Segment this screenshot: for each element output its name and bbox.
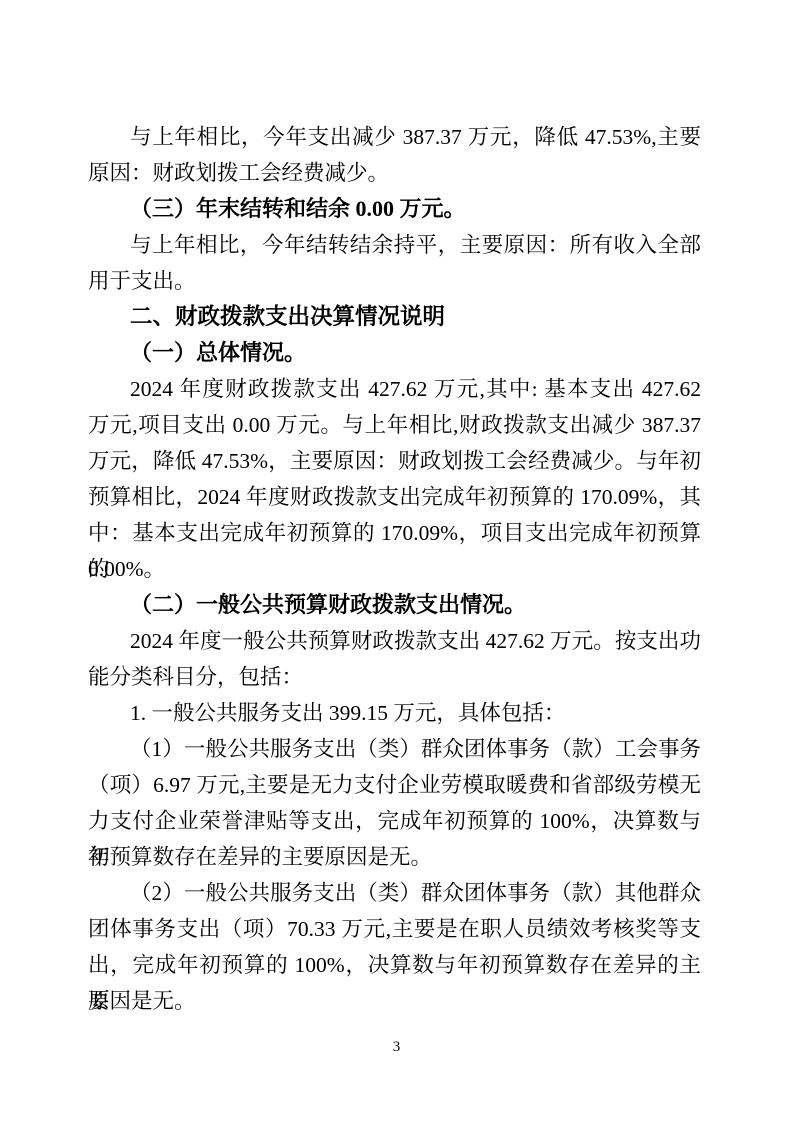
text-line: 中：基本支出完成年初预算的 170.09%，项目支出完成年初预算的: [88, 515, 701, 551]
section-heading: （三）年末结转和结余 0.00 万元。: [88, 191, 701, 227]
text-line: 1. 一般公共服务支出 399.15 万元，具体包括：: [88, 695, 701, 731]
paragraph: （1）一般公共服务支出（类）群众团体事务（款）工会事务（项）6.97 万元,主要…: [88, 731, 701, 875]
document-body: 与上年相比，今年支出减少 387.37 万元，降低 47.53%,主要原因：财政…: [88, 119, 701, 1019]
text-line: 二、财政拨款支出决算情况说明: [88, 299, 701, 335]
text-line: （三）年末结转和结余 0.00 万元。: [88, 191, 701, 227]
text-line: 与上年相比，今年支出减少 387.37 万元，降低 47.53%,主要: [88, 119, 701, 155]
paragraph: 2024 年度财政拨款支出 427.62 万元,其中: 基本支出 427.62万…: [88, 371, 701, 587]
text-line: 初预算数存在差异的主要原因是无。: [88, 839, 701, 875]
text-line: 原因：财政划拨工会经费减少。: [88, 155, 701, 191]
text-line: （1）一般公共服务支出（类）群众团体事务（款）工会事务: [88, 731, 701, 767]
text-line: 2024 年度财政拨款支出 427.62 万元,其中: 基本支出 427.62: [88, 371, 701, 407]
text-line: 力支付企业荣誉津贴等支出，完成年初预算的 100%，决算数与年: [88, 803, 701, 839]
section-heading: 二、财政拨款支出决算情况说明: [88, 299, 701, 335]
section-heading: （一）总体情况。: [88, 335, 701, 371]
text-line: 能分类科目分，包括：: [88, 659, 701, 695]
paragraph: 2024 年度一般公共预算财政拨款支出 427.62 万元。按支出功能分类科目分…: [88, 623, 701, 695]
text-line: 万元，降低 47.53%，主要原因：财政划拨工会经费减少。与年初: [88, 443, 701, 479]
text-line: 与上年相比，今年结转结余持平，主要原因：所有收入全部: [88, 227, 701, 263]
document-page: 与上年相比，今年支出减少 387.37 万元，降低 47.53%,主要原因：财政…: [0, 0, 793, 1122]
text-line: 0.00%。: [88, 551, 701, 587]
text-line: 预算相比，2024 年度财政拨款支出完成年初预算的 170.09%，其: [88, 479, 701, 515]
page-number: 3: [0, 1036, 793, 1058]
paragraph: （2）一般公共服务支出（类）群众团体事务（款）其他群众团体事务支出（项）70.3…: [88, 875, 701, 1019]
text-line: （一）总体情况。: [88, 335, 701, 371]
text-line: 原因是无。: [88, 983, 701, 1019]
paragraph: 与上年相比，今年支出减少 387.37 万元，降低 47.53%,主要原因：财政…: [88, 119, 701, 191]
paragraph: 1. 一般公共服务支出 399.15 万元，具体包括：: [88, 695, 701, 731]
paragraph: 与上年相比，今年结转结余持平，主要原因：所有收入全部用于支出。: [88, 227, 701, 299]
text-line: 万元,项目支出 0.00 万元。与上年相比,财政拨款支出减少 387.37: [88, 407, 701, 443]
text-line: 2024 年度一般公共预算财政拨款支出 427.62 万元。按支出功: [88, 623, 701, 659]
text-line: 用于支出。: [88, 263, 701, 299]
text-line: （2）一般公共服务支出（类）群众团体事务（款）其他群众: [88, 875, 701, 911]
text-line: 团体事务支出（项）70.33 万元,主要是在职人员绩效考核奖等支: [88, 911, 701, 947]
text-line: 出，完成年初预算的 100%，决算数与年初预算数存在差异的主要: [88, 947, 701, 983]
section-heading: （二）一般公共预算财政拨款支出情况。: [88, 587, 701, 623]
text-line: （二）一般公共预算财政拨款支出情况。: [88, 587, 701, 623]
text-line: （项）6.97 万元,主要是无力支付企业劳模取暖费和省部级劳模无: [88, 767, 701, 803]
